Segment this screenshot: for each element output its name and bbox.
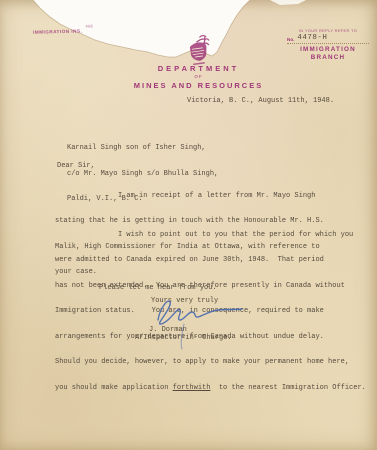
address-line: Karnail Singh son of Isher Singh, [67, 144, 218, 154]
closing-line: Please let me hear from you. [99, 284, 217, 292]
underlined-word: forthwith [173, 384, 211, 392]
file-number-line: No. 4478-H [287, 34, 369, 44]
body-line-prefix: you should make application [55, 384, 173, 392]
dateline: Victoria, B. C., August 11th, 1948. [187, 97, 334, 105]
branch-line2: BRANCH [285, 54, 371, 62]
body-line: I am in receipt of a letter from Mr. May… [55, 192, 324, 201]
department-line1: DEPARTMENT [20, 64, 377, 73]
body-line: Should you decide, however, to apply to … [55, 358, 366, 367]
signature-scribble [130, 294, 255, 354]
reference-block: IN YOUR REPLY REFER TO No. 4478-H IMMIGR… [285, 28, 371, 61]
body-line: were admitted to Canada expired on June … [55, 256, 366, 265]
file-no-prefix: No. [287, 37, 294, 42]
letter-scan: AGE IMMIGRATION INS. IN YOUR REPLY REFER… [0, 0, 377, 450]
department-line3: MINES AND RESOURCES [20, 81, 377, 90]
signer-name: J. Dorman [149, 326, 187, 334]
branch-line1: IMMIGRATION [285, 46, 371, 54]
corner-stamp: AGE IMMIGRATION INS. [33, 24, 95, 35]
reply-ref-label: IN YOUR REPLY REFER TO [285, 28, 371, 33]
body-line: I wish to point out to you that the peri… [55, 231, 366, 240]
file-no-value: 4478-H [297, 34, 327, 42]
salutation: Dear Sir, [57, 162, 95, 170]
body-line-suffix: to the nearest Immigration Officer. [210, 384, 365, 392]
body-line-composite: you should make application forthwith to… [55, 384, 366, 393]
signer-title: A/Inspector-in- Charge. [135, 334, 232, 342]
department-line2: OF [20, 74, 377, 79]
